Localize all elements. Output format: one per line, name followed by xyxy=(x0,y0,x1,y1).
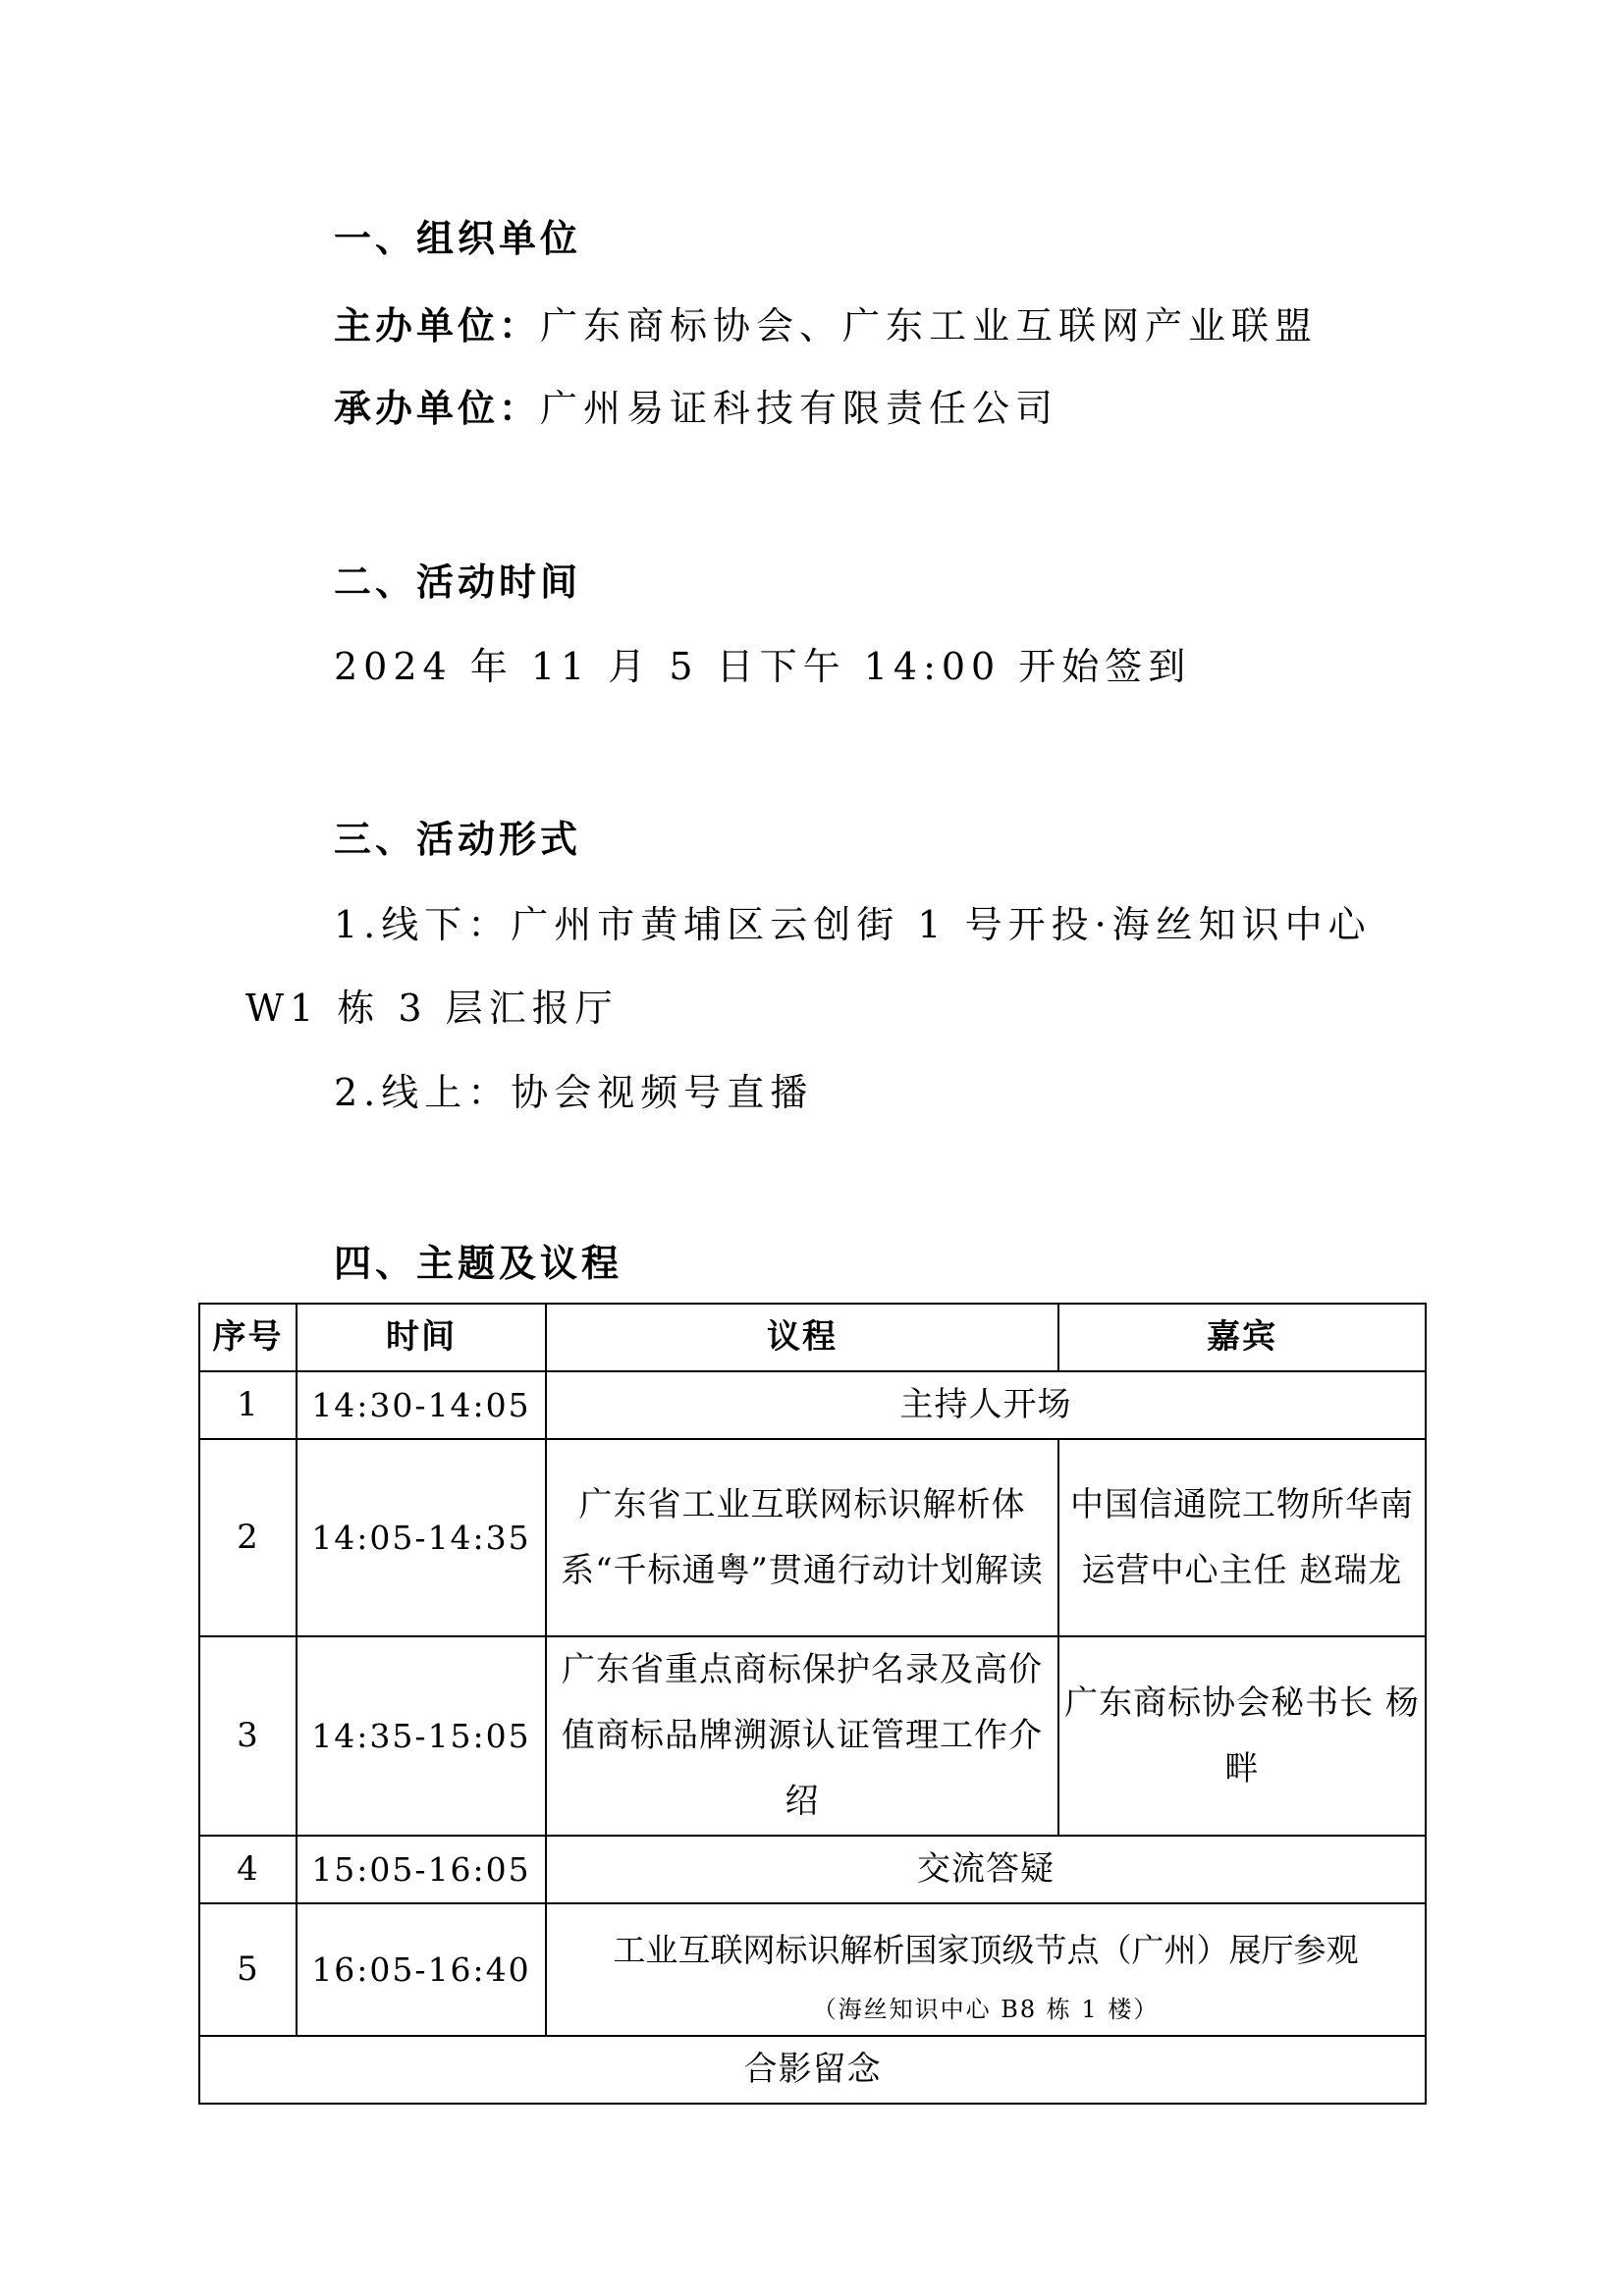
section-heading-organizers: 一、组织单位 xyxy=(334,215,581,262)
host-label: 主办单位： xyxy=(334,304,540,347)
row-topic-cell: 工业互联网标识解析国家顶级节点（广州）展厅参观 （海丝知识中心 B8 栋 1 楼… xyxy=(546,1903,1426,2036)
column-header-no: 序号 xyxy=(199,1304,297,1371)
row-topic: 交流答疑 xyxy=(546,1836,1426,1903)
undertaker-value: 广州易证科技有限责任公司 xyxy=(540,387,1058,430)
group-photo: 合影留念 xyxy=(199,2036,1426,2104)
row-time: 14:35-15:05 xyxy=(297,1636,546,1836)
table-row: 4 15:05-16:05 交流答疑 xyxy=(199,1836,1426,1903)
row-guest: 广东商标协会秘书长 杨畔 xyxy=(1058,1636,1426,1836)
row-no: 2 xyxy=(199,1439,297,1636)
offline-venue-line1: 1.线下：广州市黄埔区云创街 1 号开投·海丝知识中心 xyxy=(334,901,1372,948)
row-time: 14:30-14:05 xyxy=(297,1371,546,1439)
host-organizer-line: 主办单位：广东商标协会、广东工业互联网产业联盟 xyxy=(334,302,1318,349)
online-channel: 2.线上：协会视频号直播 xyxy=(334,1069,813,1116)
column-header-time: 时间 xyxy=(297,1304,546,1371)
column-header-guest: 嘉宾 xyxy=(1058,1304,1426,1371)
agenda-footer-row: 合影留念 xyxy=(199,2036,1426,2104)
row-time: 15:05-16:05 xyxy=(297,1836,546,1903)
row-topic: 主持人开场 xyxy=(546,1371,1426,1439)
event-time: 2024 年 11 月 5 日下午 14:00 开始签到 xyxy=(334,643,1191,690)
host-value: 广东商标协会、广东工业互联网产业联盟 xyxy=(540,304,1318,347)
table-row: 1 14:30-14:05 主持人开场 xyxy=(199,1371,1426,1439)
undertaker-line: 承办单位：广州易证科技有限责任公司 xyxy=(334,385,1058,432)
agenda-table: 序号 时间 议程 嘉宾 1 14:30-14:05 主持人开场 2 14:05-… xyxy=(198,1303,1427,2105)
column-header-topic: 议程 xyxy=(546,1304,1058,1371)
row-topic: 工业互联网标识解析国家顶级节点（广州）展厅参观 xyxy=(551,1911,1421,1990)
row-no: 5 xyxy=(199,1903,297,2036)
row-topic: 广东省重点商标保护名录及高价值商标品牌溯源认证管理工作介绍 xyxy=(546,1636,1058,1836)
section-heading-agenda: 四、主题及议程 xyxy=(334,1240,623,1287)
offline-venue-line2: W1 栋 3 层汇报厅 xyxy=(245,985,619,1032)
row-time: 16:05-16:40 xyxy=(297,1903,546,2036)
row-no: 3 xyxy=(199,1636,297,1836)
agenda-header-row: 序号 时间 议程 嘉宾 xyxy=(199,1304,1426,1371)
table-row: 5 16:05-16:40 工业互联网标识解析国家顶级节点（广州）展厅参观 （海… xyxy=(199,1903,1426,2036)
row-no: 1 xyxy=(199,1371,297,1439)
row-topic-note: （海丝知识中心 B8 栋 1 楼） xyxy=(551,1990,1421,2029)
section-heading-time: 二、活动时间 xyxy=(334,559,581,606)
row-topic: 广东省工业互联网标识解析体系“千标通粤”贯通行动计划解读 xyxy=(546,1439,1058,1636)
row-no: 4 xyxy=(199,1836,297,1903)
table-row: 3 14:35-15:05 广东省重点商标保护名录及高价值商标品牌溯源认证管理工… xyxy=(199,1636,1426,1836)
row-time: 14:05-14:35 xyxy=(297,1439,546,1636)
row-guest: 中国信通院工物所华南运营中心主任 赵瑞龙 xyxy=(1058,1439,1426,1636)
table-row: 2 14:05-14:35 广东省工业互联网标识解析体系“千标通粤”贯通行动计划… xyxy=(199,1439,1426,1636)
section-heading-format: 三、活动形式 xyxy=(334,816,581,863)
undertaker-label: 承办单位： xyxy=(334,387,540,430)
